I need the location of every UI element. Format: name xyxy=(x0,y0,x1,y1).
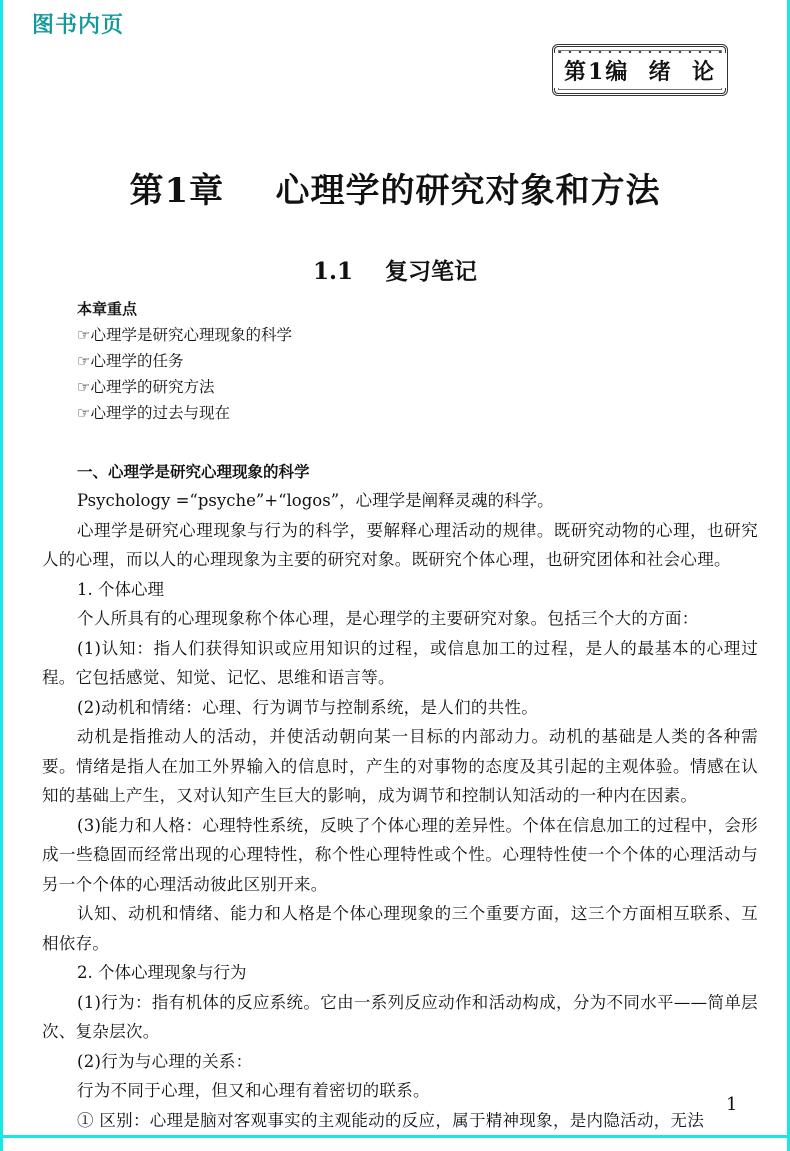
paragraph: (2)行为与心理的关系： xyxy=(42,1047,758,1077)
paragraph: 心理学是研究心理现象与行为的科学，要解释心理活动的规律。既研究动物的心理，也研究… xyxy=(42,516,758,575)
key-point-item: ☞心理学的研究方法 xyxy=(77,374,758,400)
key-point-item: ☞心理学是研究心理现象的科学 xyxy=(77,322,758,348)
part-header-ornament: 第1编 绪 论 xyxy=(552,44,728,96)
pointing-hand-icon: ☞ xyxy=(77,352,90,370)
subheading: 1. 个体心理 xyxy=(77,575,758,605)
key-points-title: 本章重点 xyxy=(77,296,758,322)
page-border-bottom xyxy=(0,1135,790,1138)
key-point-item: ☞心理学的过去与现在 xyxy=(77,400,758,426)
paragraph: Psychology =“psyche”+“logos”，心理学是阐释灵魂的科学… xyxy=(77,486,758,516)
paragraph: (2)动机和情绪：心理、行为调节与控制系统，是人们的共性。 xyxy=(42,693,758,723)
paragraph: 个人所具有的心理现象称个体心理，是心理学的主要研究对象。包括三个大的方面： xyxy=(42,604,758,634)
section-heading: 一、心理学是研究心理现象的科学 xyxy=(77,458,758,486)
chapter-title: 第1章 心理学的研究对象和方法 xyxy=(0,163,790,212)
pointing-hand-icon: ☞ xyxy=(77,326,90,344)
key-point-item: ☞心理学的任务 xyxy=(77,348,758,374)
pointing-hand-icon: ☞ xyxy=(77,404,90,422)
paragraph: (1)认知：指人们获得知识或应用知识的过程，或信息加工的过程，是人的最基本的心理… xyxy=(42,634,758,693)
paragraph: (3)能力和人格：心理特性系统，反映了个体心理的差异性。个体在信息加工的过程中，… xyxy=(42,811,758,900)
pointing-hand-icon: ☞ xyxy=(77,378,90,396)
page-content: 本章重点 ☞心理学是研究心理现象的科学 ☞心理学的任务 ☞心理学的研究方法 ☞心… xyxy=(42,296,758,1135)
paragraph: ① 区别：心理是脑对客观事实的主观能动的反应，属于精神现象，是内隐活动，无法 xyxy=(42,1106,758,1136)
subheading: 2. 个体心理现象与行为 xyxy=(77,958,758,988)
page-number: 1 xyxy=(726,1094,737,1115)
section-title: 1.1 复习笔记 xyxy=(0,253,790,286)
part-header: 第1编 绪 论 xyxy=(554,53,726,88)
book-page-label: 图书内页 xyxy=(32,8,124,39)
paragraph: (1)行为：指有机体的反应系统。它由一系列反应动作和活动构成，分为不同水平——简… xyxy=(42,988,758,1047)
paragraph: 认知、动机和情绪、能力和人格是个体心理现象的三个重要方面，这三个方面相互联系、互… xyxy=(42,899,758,958)
paragraph: 行为不同于心理，但又和心理有着密切的联系。 xyxy=(42,1076,758,1106)
paragraph: 动机是指推动人的活动，并使活动朝向某一目标的内部动力。动机的基础是人类的各种需要… xyxy=(42,722,758,811)
